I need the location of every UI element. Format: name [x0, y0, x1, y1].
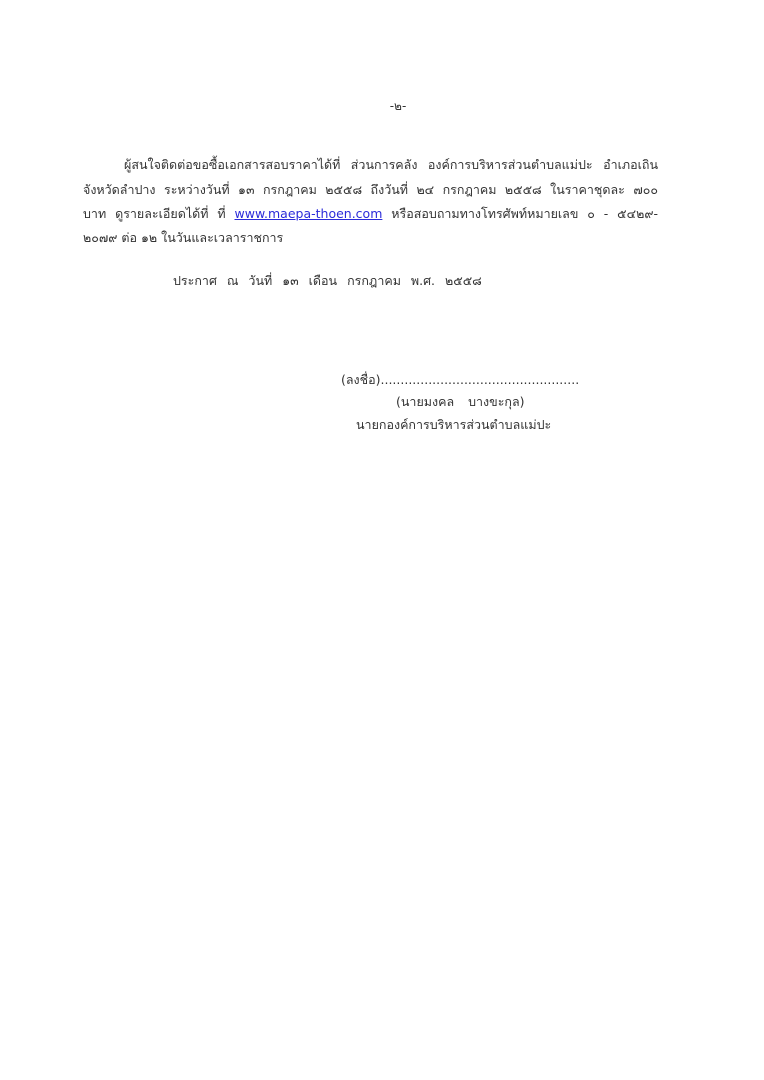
signature-line: (ลงชื่อ)................................… — [341, 369, 579, 391]
announcement-date: ประกาศ ณ วันที่ ๑๓ เดือน กรกฎาคม พ.ศ. ๒๕… — [173, 270, 482, 292]
paragraph-line-2: จังหวัดลำปาง ระหว่างวันที่ ๑๓ กรกฎาคม ๒๕… — [83, 179, 658, 201]
signatory-position: นายกองค์การบริหารส่วนตำบลแม่ปะ — [356, 414, 551, 436]
paragraph-line-3-before: บาท ดูรายละเอียดได้ที่ ที่ — [83, 206, 235, 221]
paragraph-line-4: ๒๐๗๙ ต่อ ๑๒ ในวันและเวลาราชการ — [83, 227, 283, 249]
website-link[interactable]: www.maepa-thoen.com — [235, 206, 383, 221]
page-number: -๒- — [0, 97, 764, 116]
paragraph-line-3: บาท ดูรายละเอียดได้ที่ ที่ www.maepa-tho… — [83, 203, 658, 225]
signatory-name: (นายมงคล บางขะกุล) — [396, 391, 525, 413]
paragraph-line-3-after: หรือสอบถามทางโทรศัพท์หมายเลข ๐ - ๕๔๒๙- — [391, 206, 658, 221]
paragraph-line-1: ผู้สนใจติดต่อขอซื้อเอกสารสอบราคาได้ที่ ส… — [124, 154, 658, 176]
